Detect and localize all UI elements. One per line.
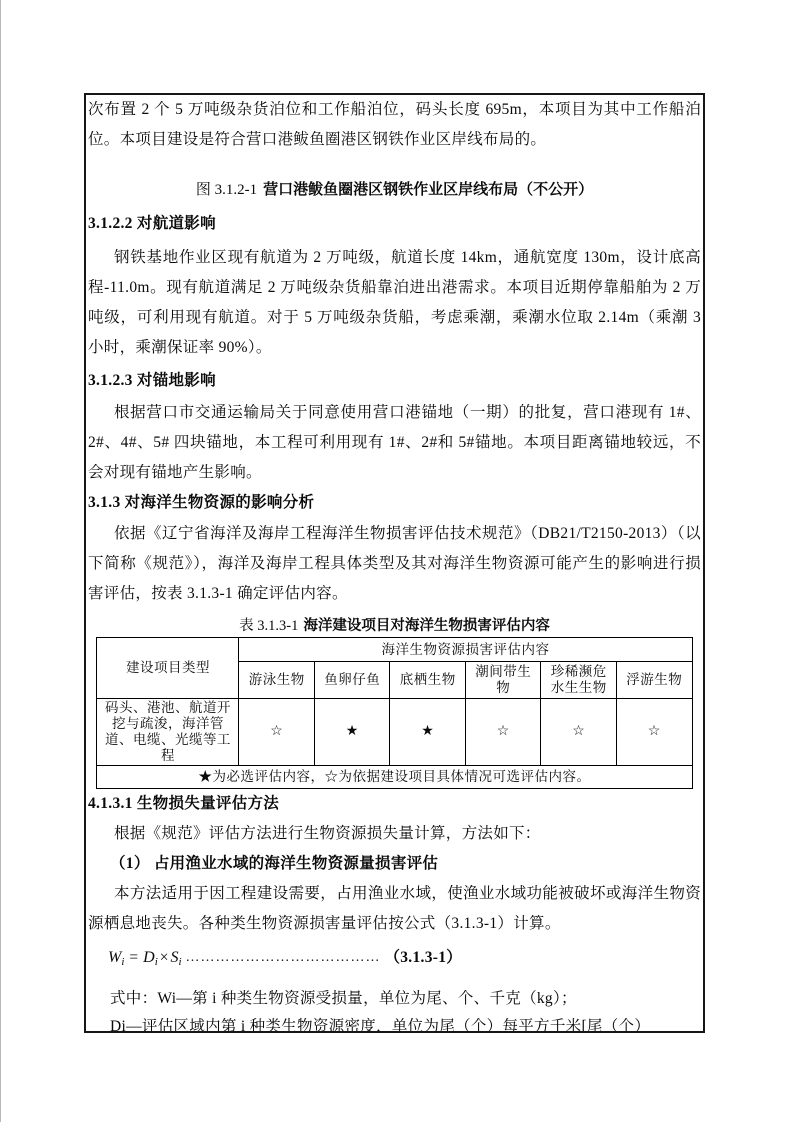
formula-multiply-sign: × xyxy=(158,949,171,966)
figure-caption-text: 营口港鲅鱼圈港区钢铁作业区岸线布局（不公开） xyxy=(263,182,593,198)
table-header-row-group: 建设项目类型 海洋生物资源损害评估内容 xyxy=(97,638,692,662)
formula-lhs-var: W xyxy=(108,949,121,966)
report-page: { "content": { "intro_text": "次布置 2 个 5 … xyxy=(0,0,793,1122)
table-header-eggs-larvae: 鱼卵仔鱼 xyxy=(314,662,390,699)
star-cell-swimming: ☆ xyxy=(239,699,315,766)
table-row: 码头、港池、航道开挖与疏浚，海洋管道、电缆、光缆等工程 ☆ ★ ★ ☆ ☆ ☆ xyxy=(97,699,692,766)
star-cell-eggs-larvae: ★ xyxy=(314,699,390,766)
table-header-endangered: 珍稀濒危水生生物 xyxy=(541,662,617,699)
formula-3-1-3-1: Wi=Di×Si …………………………………（3.1.3-1） xyxy=(88,943,701,977)
formula-rhs2-sub: i xyxy=(179,956,182,968)
star-cell-endangered: ☆ xyxy=(541,699,617,766)
table-header-benthic: 底栖生物 xyxy=(390,662,466,699)
paragraph-continuation: 次布置 2 个 5 万吨级杂货泊位和工作船泊位，码头长度 695m，本项目为其中… xyxy=(88,95,701,155)
section-heading-channel-impact: 3.1.2.2 对航道影响 xyxy=(88,209,701,239)
formula-where-line-1: 式中：Wi—第 i 种类生物资源受损量，单位为尾、个、千克（kg）； xyxy=(88,985,701,1013)
formula-rhs2-var: S xyxy=(171,949,179,966)
formula-rhs1-var: D xyxy=(143,949,155,966)
section-heading-anchorage-impact: 3.1.2.3 对锚地影响 xyxy=(88,366,701,396)
method-sub-heading: （1） 占用渔业水域的海洋生物资源量损害评估 xyxy=(88,849,701,879)
table-title: 表 3.1.3-1海洋建设项目对海洋生物损害评估内容 xyxy=(88,615,701,637)
method-intro: 根据《规范》评估方法进行生物资源损失量计算，方法如下： xyxy=(88,819,701,849)
section-heading-loss-method: 4.1.3.1 生物损失量评估方法 xyxy=(88,789,701,819)
table-title-text: 海洋建设项目对海洋生物损害评估内容 xyxy=(303,618,550,634)
section-body-anchorage-impact: 根据营口市交通运输局关于同意使用营口港锚地（一期）的批复，营口港现有 1#、2#… xyxy=(88,398,701,488)
section-heading-marine-bio-impact: 3.1.3 对海洋生物资源的影响分析 xyxy=(88,488,701,518)
figure-caption: 图 3.1.2-1营口港鲅鱼圈港区钢铁作业区岸线布局（不公开） xyxy=(88,175,701,205)
assessment-table: 建设项目类型 海洋生物资源损害评估内容 游泳生物 鱼卵仔鱼 底栖生物 潮间带生物… xyxy=(96,637,692,789)
formula-dot-leader: ………………………………… xyxy=(185,950,380,965)
star-cell-benthic: ★ xyxy=(390,699,466,766)
table-title-number: 表 3.1.3-1 xyxy=(239,618,298,634)
document-content-cell: 次布置 2 个 5 万吨级杂货泊位和工作船泊位，码头长度 695m，本项目为其中… xyxy=(84,93,705,1033)
formula-equation-number: （3.1.3-1） xyxy=(384,949,462,966)
table-header-intertidal: 潮间带生物 xyxy=(465,662,541,699)
table-footnote: ★为必选评估内容，☆为依据建设项目具体情况可选评估内容。 xyxy=(97,766,692,789)
table-header-project-type: 建设项目类型 xyxy=(97,638,239,699)
table-header-plankton: 浮游生物 xyxy=(616,662,692,699)
star-cell-intertidal: ☆ xyxy=(465,699,541,766)
table-header-swimming: 游泳生物 xyxy=(239,662,315,699)
section-body-channel-impact: 钢铁基地作业区现有航道为 2 万吨级，航道长度 14km，通航宽度 130m，设… xyxy=(88,243,701,363)
method-body: 本方法适用于因工程建设需要，占用渔业水域，使渔业水域功能被破坏或海洋生物资源栖息… xyxy=(88,879,701,939)
section-body-marine-bio-impact: 依据《辽宁省海洋及海岸工程海洋生物损害评估技术规范》（DB21/T2150-20… xyxy=(88,519,701,609)
formula-equals: = xyxy=(124,949,143,966)
star-cell-plankton: ☆ xyxy=(616,699,692,766)
table-header-group: 海洋生物资源损害评估内容 xyxy=(239,638,692,662)
figure-caption-number: 图 3.1.2-1 xyxy=(196,182,257,198)
table-footnote-row: ★为必选评估内容，☆为依据建设项目具体情况可选评估内容。 xyxy=(97,766,692,789)
table-cell-project-type: 码头、港池、航道开挖与疏浚，海洋管道、电缆、光缆等工程 xyxy=(97,699,239,766)
formula-where-line-2: Di—评估区域内第 i 种类生物资源密度，单位为尾（个）每平方千米[尾（个） xyxy=(88,1013,701,1033)
